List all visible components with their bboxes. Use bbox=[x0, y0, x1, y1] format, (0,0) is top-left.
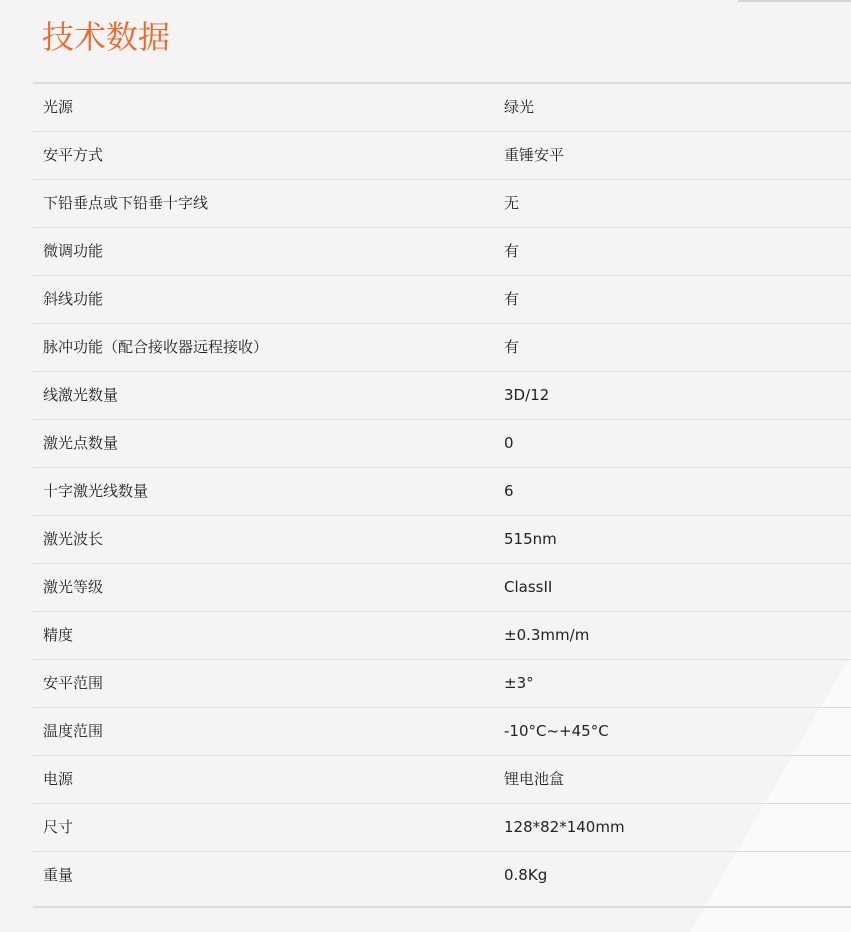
spec-label: 微调功能 bbox=[33, 228, 495, 275]
spec-row-laser-points: 激光点数量 0 bbox=[33, 420, 851, 468]
spec-value: 515nm bbox=[495, 516, 557, 563]
spec-row-wavelength: 激光波长 515nm bbox=[33, 516, 851, 564]
spec-row-dimensions: 尺寸 128*82*140mm bbox=[33, 804, 851, 852]
spec-value: 锂电池盒 bbox=[495, 756, 564, 803]
spec-label: 斜线功能 bbox=[33, 276, 495, 323]
spec-row-cross-lines: 十字激光线数量 6 bbox=[33, 468, 851, 516]
spec-label: 安平范围 bbox=[33, 660, 495, 707]
spec-row-light-source: 光源 绿光 bbox=[33, 84, 851, 132]
spec-row-slope-function: 斜线功能 有 bbox=[33, 276, 851, 324]
spec-label: 激光波长 bbox=[33, 516, 495, 563]
spec-label: 温度范围 bbox=[33, 708, 495, 755]
spec-label: 十字激光线数量 bbox=[33, 468, 495, 515]
spec-value: 重锤安平 bbox=[495, 132, 564, 179]
section-title: 技术数据 bbox=[42, 17, 170, 57]
spec-label: 脉冲功能（配合接收器远程接收） bbox=[33, 324, 495, 371]
spec-label: 光源 bbox=[33, 84, 495, 131]
spec-row-accuracy: 精度 ±0.3mm/m bbox=[33, 612, 851, 660]
spec-label: 激光点数量 bbox=[33, 420, 495, 467]
spec-value: ±3° bbox=[495, 660, 534, 707]
spec-value: 有 bbox=[495, 324, 519, 371]
spec-label: 尺寸 bbox=[33, 804, 495, 851]
spec-value: -10°C~+45°C bbox=[495, 708, 609, 755]
spec-label: 激光等级 bbox=[33, 564, 495, 611]
spec-value: 有 bbox=[495, 276, 519, 323]
spec-value: 0.8Kg bbox=[495, 852, 547, 899]
spec-row-power-source: 电源 锂电池盒 bbox=[33, 756, 851, 804]
spec-value: ±0.3mm/m bbox=[495, 612, 589, 659]
spec-row-leveling-range: 安平范围 ±3° bbox=[33, 660, 851, 708]
spec-row-leveling-method: 安平方式 重锤安平 bbox=[33, 132, 851, 180]
spec-value: 6 bbox=[495, 468, 514, 515]
spec-value: 绿光 bbox=[495, 84, 534, 131]
top-edge-bar bbox=[738, 0, 851, 2]
spec-row-fine-adjust: 微调功能 有 bbox=[33, 228, 851, 276]
spec-label: 线激光数量 bbox=[33, 372, 495, 419]
spec-row-plumb-point: 下铅垂点或下铅垂十字线 无 bbox=[33, 180, 851, 228]
spec-row-pulse-function: 脉冲功能（配合接收器远程接收） 有 bbox=[33, 324, 851, 372]
spec-label: 重量 bbox=[33, 852, 495, 899]
spec-value: 无 bbox=[495, 180, 519, 227]
spec-table: 光源 绿光 安平方式 重锤安平 下铅垂点或下铅垂十字线 无 微调功能 有 斜线功… bbox=[33, 82, 851, 908]
spec-value: 3D/12 bbox=[495, 372, 549, 419]
spec-label: 下铅垂点或下铅垂十字线 bbox=[33, 180, 495, 227]
spec-row-temperature-range: 温度范围 -10°C~+45°C bbox=[33, 708, 851, 756]
spec-label: 精度 bbox=[33, 612, 495, 659]
spec-row-laser-class: 激光等级 ClassII bbox=[33, 564, 851, 612]
spec-row-weight: 重量 0.8Kg bbox=[33, 852, 851, 906]
spec-label: 电源 bbox=[33, 756, 495, 803]
spec-value: 有 bbox=[495, 228, 519, 275]
spec-value: 128*82*140mm bbox=[495, 804, 625, 851]
spec-value: ClassII bbox=[495, 564, 552, 611]
spec-label: 安平方式 bbox=[33, 132, 495, 179]
spec-value: 0 bbox=[495, 420, 514, 467]
spec-row-laser-lines: 线激光数量 3D/12 bbox=[33, 372, 851, 420]
